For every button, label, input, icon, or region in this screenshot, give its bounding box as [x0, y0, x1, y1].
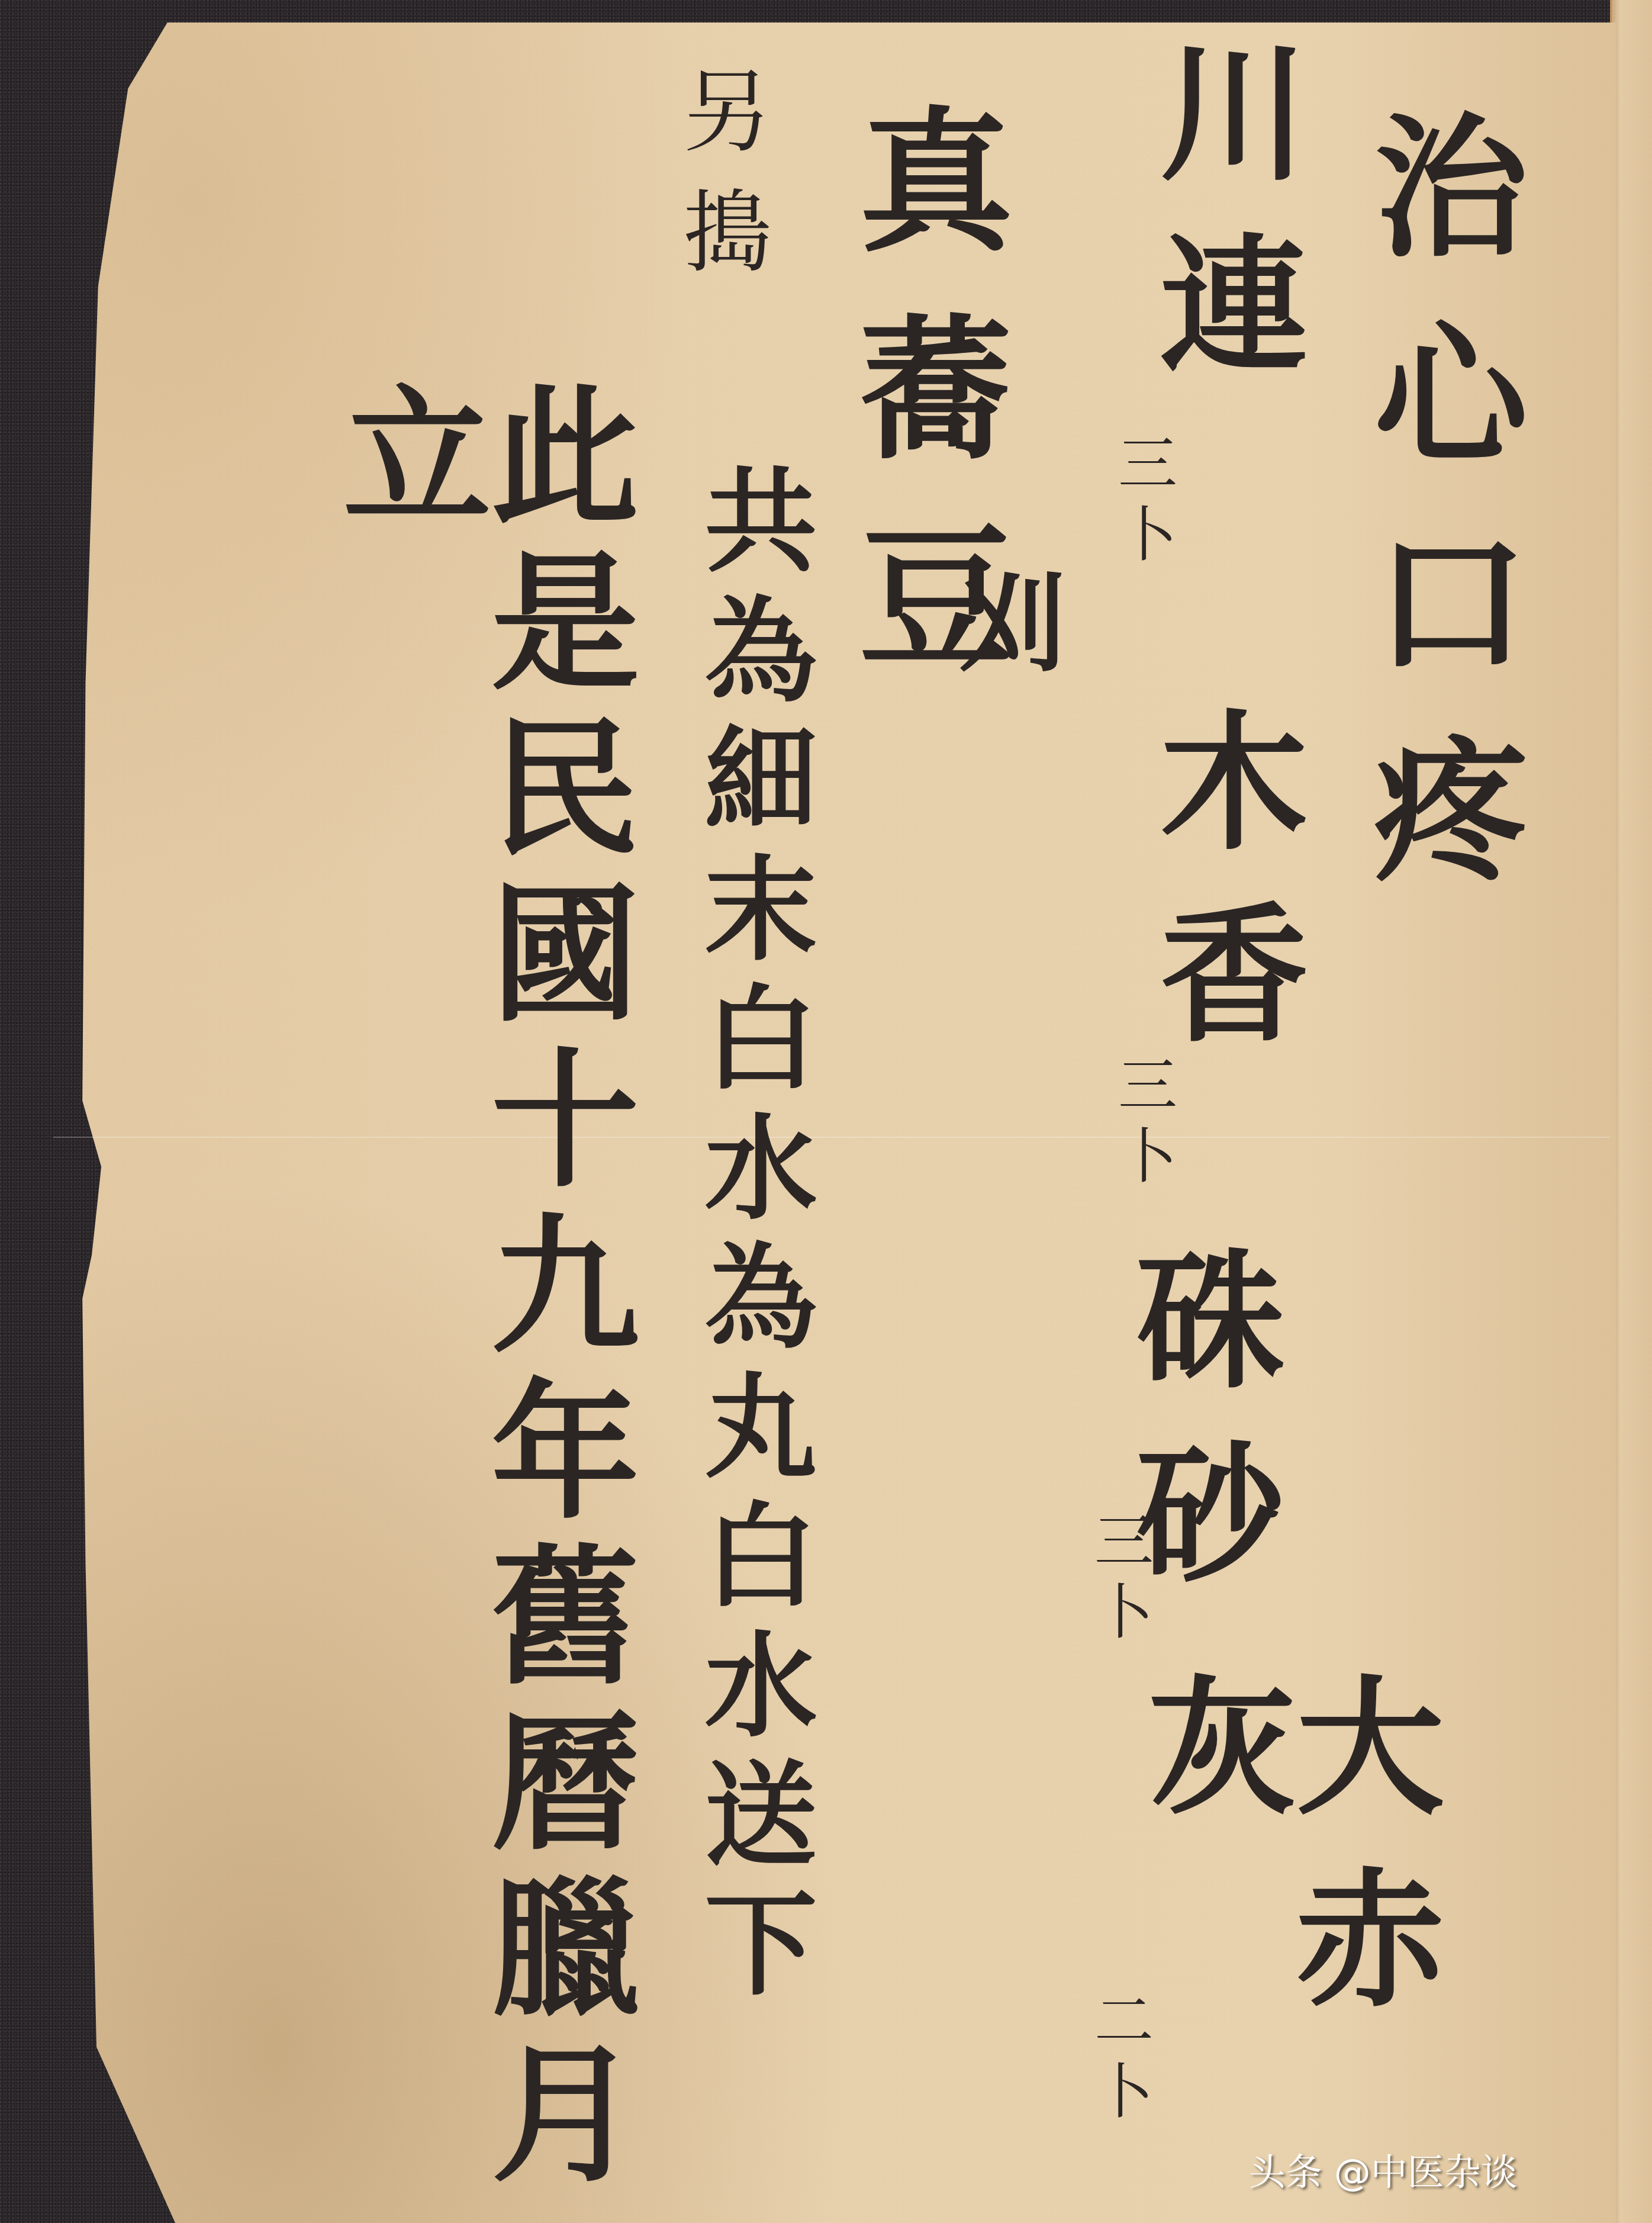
book-spine [1610, 0, 1652, 2223]
herb-dose: 二卜 [1089, 1989, 1148, 2131]
herb-name: 大赤灰 [1136, 1669, 1432, 2167]
herb-dose: 三卜 [1089, 1510, 1148, 1652]
herb-name: 川連 [1148, 36, 1296, 420]
herb-list: 川連 三卜 木香 三卜 硃砂 三卜 大赤灰 二卜 [1113, 36, 1361, 2167]
herb-dose: 三卜 [1113, 432, 1172, 574]
herb-dose: 三卜 [1113, 1054, 1172, 1196]
paper-fold-line [53, 1137, 1610, 1138]
herb-name: 木香 [1148, 704, 1296, 1089]
prescription-title: 治心口疼 [1361, 107, 1515, 938]
side-annotation: 另搗 [675, 65, 764, 305]
watermark-text: 头条 @中医杂谈 [1249, 2143, 1518, 2196]
herb-third-note: 刈 [959, 539, 1065, 691]
preparation-method: 共為細末白水為丸白水送下 [695, 462, 808, 2014]
date-colophon: 此是民國十九年舊曆臘月立 [331, 379, 627, 2223]
